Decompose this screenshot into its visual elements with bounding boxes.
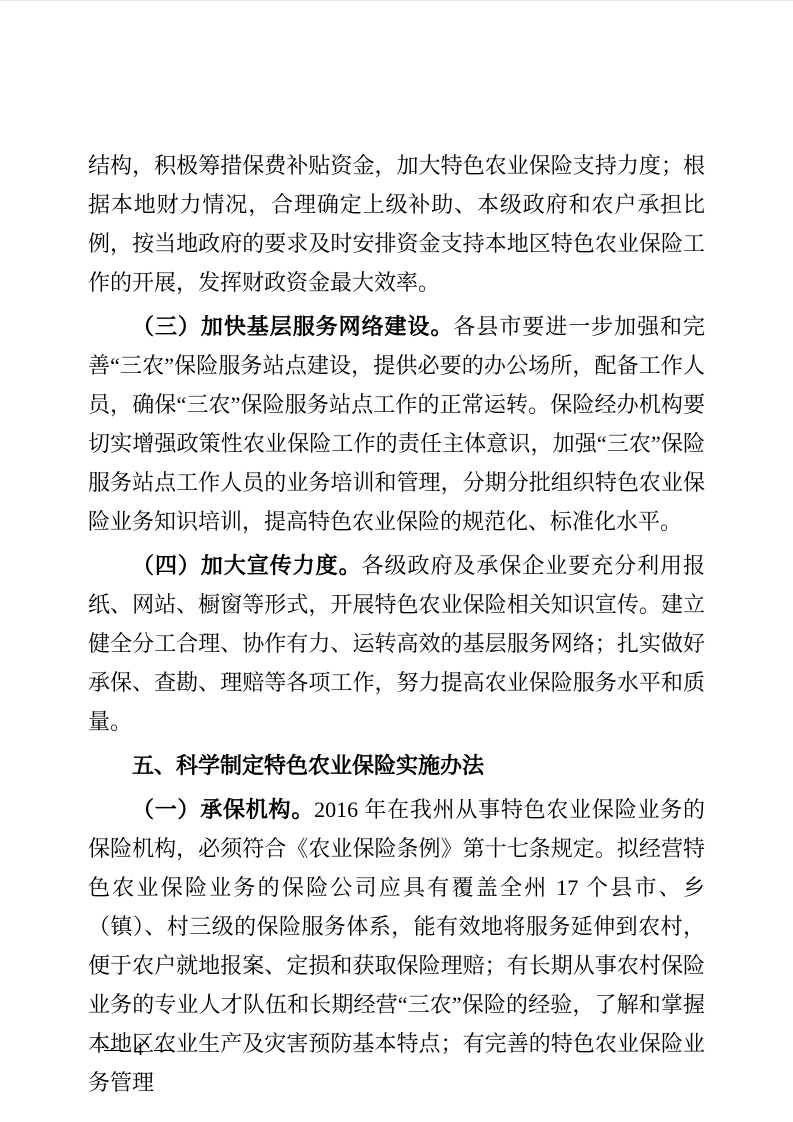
text-run: 2016 年在我州从事特色农业保险业务的保险机构，必须符合《农业保险条例》第十七… bbox=[88, 797, 705, 1095]
scan-edge-line bbox=[0, 0, 793, 1]
emphasis-run: （一）承保机构。 bbox=[132, 797, 314, 822]
paragraph: （四）加大宣传力度。各级政府及承保企业要充分利用报纸、网站、橱窗等形式，开展特色… bbox=[88, 546, 705, 741]
emphasis-run: （三）加快基层服务网络建设。 bbox=[132, 314, 453, 339]
emphasis-run: 五、科学制定特色农业保险实施办法 bbox=[132, 753, 484, 778]
page-number-footer: — 4 — bbox=[104, 1038, 176, 1062]
paragraph: （三）加快基层服务网络建设。各县市要进一步加强和完善“三农”保险服务站点建设，提… bbox=[88, 307, 705, 541]
paragraph: （一）承保机构。2016 年在我州从事特色农业保险业务的保险机构，必须符合《农业… bbox=[88, 790, 705, 1102]
emphasis-run: （四）加大宣传力度。 bbox=[132, 553, 362, 578]
document-page: 结构，积极筹措保费补贴资金，加大特色农业保险支持力度；根据本地财力情况，合理确定… bbox=[0, 0, 793, 1122]
paragraph: 结构，积极筹措保费补贴资金，加大特色农业保险支持力度；根据本地财力情况，合理确定… bbox=[88, 146, 705, 302]
document-body: 结构，积极筹措保费补贴资金，加大特色农业保险支持力度；根据本地财力情况，合理确定… bbox=[88, 146, 705, 1107]
section-heading: 五、科学制定特色农业保险实施办法 bbox=[88, 746, 705, 785]
text-run: 各县市要进一步加强和完善“三农”保险服务站点建设，提供必要的办公场所，配备工作人… bbox=[88, 314, 705, 534]
text-run: 各级政府及承保企业要充分利用报纸、网站、橱窗等形式，开展特色农业保险相关知识宣传… bbox=[88, 553, 705, 734]
text-run: 结构，积极筹措保费补贴资金，加大特色农业保险支持力度；根据本地财力情况，合理确定… bbox=[88, 153, 705, 295]
